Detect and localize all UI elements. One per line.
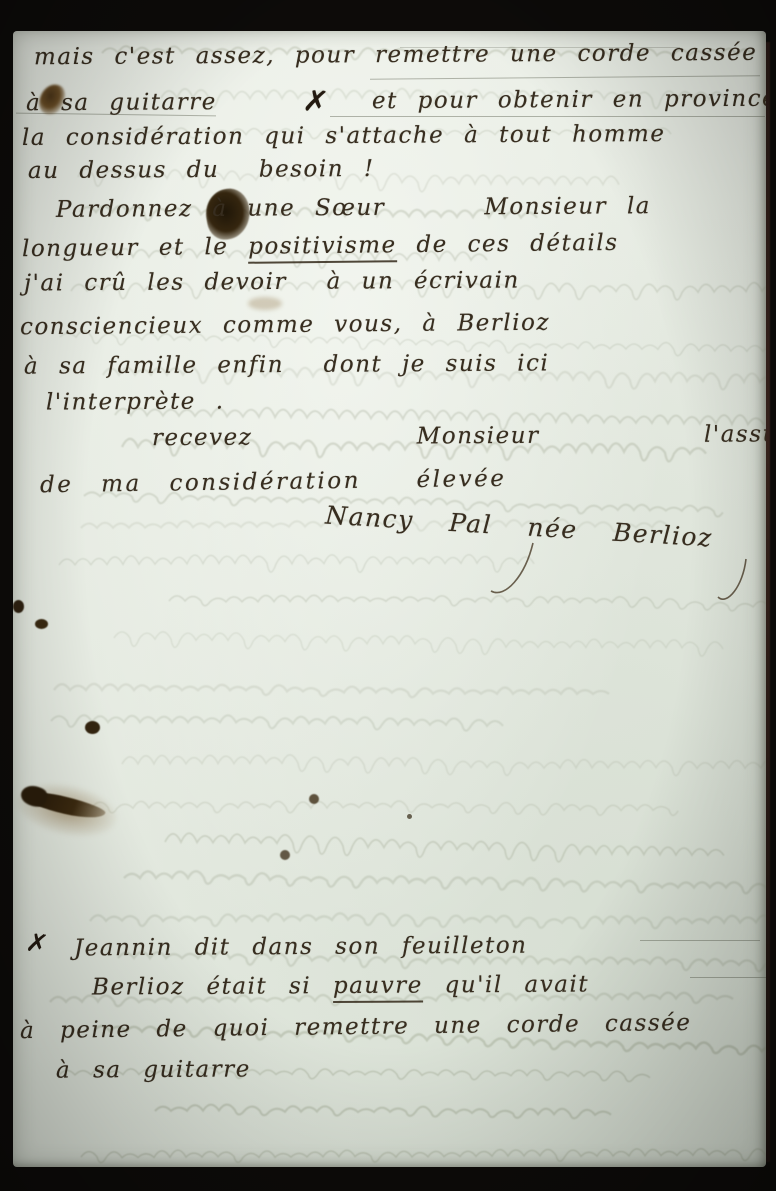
letter-page: mais c'est assez, pour remettre une cord… (13, 31, 766, 1167)
letter-line: à sa famille enfin dont je suis ici (24, 350, 549, 380)
letter-line: consciencieux comme vous, à Berlioz (20, 310, 550, 341)
letter-line: mais c'est assez, pour remettre une cord… (34, 40, 757, 71)
underlined-word: positivisme (248, 232, 397, 264)
footnote-line: Jeannin dit dans son feuilleton (74, 933, 528, 962)
photo-background: mais c'est assez, pour remettre une cord… (0, 0, 776, 1191)
letter-line: la considération qui s'attache à tout ho… (22, 121, 666, 151)
letter-closing-line: recevez Monsieur l'assurance (152, 421, 766, 452)
letter-text-segment: de ces détails (396, 230, 618, 258)
letter-line: l'interprète . (46, 388, 225, 416)
footnote-line: à sa guitarre (56, 1056, 251, 1084)
footnote-text-segment: Berlioz était si (92, 973, 333, 1000)
letter-line: au dessus du besoin ! (28, 156, 375, 185)
letter-line: Pardonnez à une Sœur Monsieur la (56, 193, 651, 223)
letter-text-segment: longueur et le (22, 234, 248, 262)
underlined-word: pauvre (333, 972, 423, 1003)
letter-text-segment: et pour obtenir en province (372, 86, 766, 114)
footnote-text-segment: qu'il avait (423, 971, 589, 998)
footnote-line: Berlioz était si pauvre qu'il avait (92, 971, 589, 1000)
cross-annotation-mark: ✗ (301, 83, 331, 121)
letter-line: j'ai crû les devoir à un écrivain (24, 267, 520, 296)
letter-text-segment: à sa guitarre (26, 89, 217, 116)
letter-line: à sa guitarre✗et pour obtenir en provinc… (26, 79, 766, 119)
